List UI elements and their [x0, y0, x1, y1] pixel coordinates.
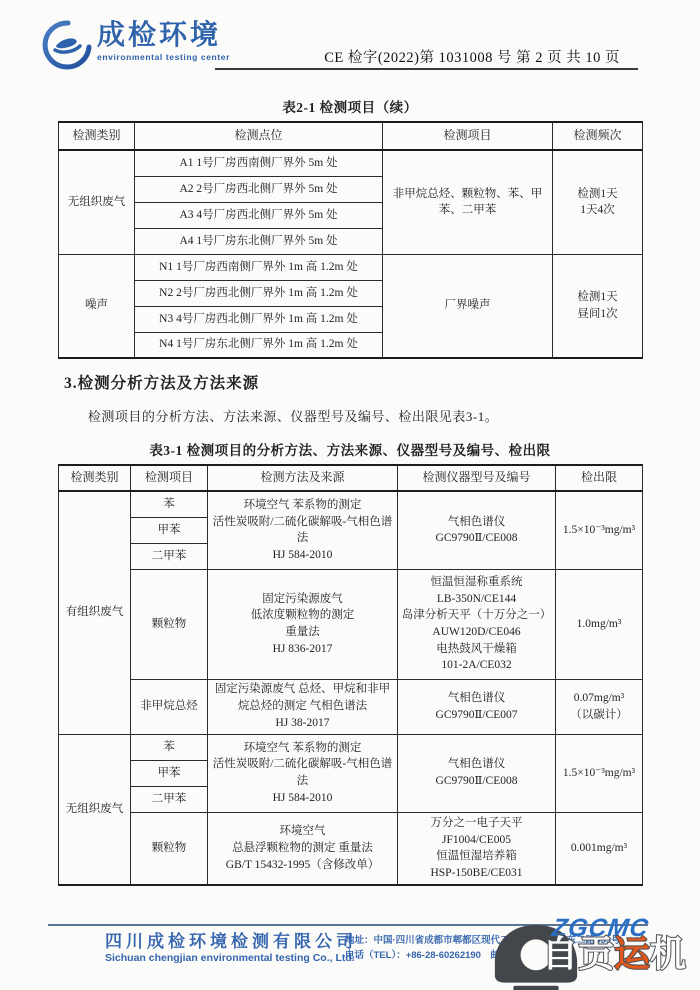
section3-heading: 3.检测分析方法及方法来源: [64, 371, 642, 393]
table21-title: 表2-1 检测项目（续）: [58, 96, 642, 116]
category-cell: 有组织废气: [59, 491, 131, 734]
method-cell: 环境空气 总悬浮颗粒物的测定 重量法 GB/T 15432-1995（含修改单）: [208, 812, 398, 885]
column-header: 检测方法及来源: [208, 465, 398, 491]
header-rule: [215, 68, 638, 70]
point-cell: N4 1号厂房东北侧厂界外 1m 高 1.2m 处: [135, 332, 383, 358]
method-cell: 环境空气 苯系物的测定 活性炭吸附/二硫化碳解吸-气相色谱法 HJ 584-20…: [208, 491, 398, 569]
frequency-cell: 检测1天 1天4次: [553, 150, 643, 254]
column-header: 检测仪器型号及编号: [398, 465, 556, 491]
instrument-cell: 万分之一电子天平 JF1004/CE005 恒温恒湿培养箱 HSP-150BE/…: [398, 812, 556, 885]
logo-text-en: environmental testing center: [97, 52, 230, 62]
item-cell: 颗粒物: [131, 812, 208, 885]
table-row: 无组织废气 A1 1号厂房西南侧厂界外 5m 处 非甲烷总烃、颗粒物、苯、甲苯、…: [59, 150, 643, 176]
instrument-cell: 气相色谱仪 GC9790Ⅱ/CE008: [398, 491, 556, 569]
column-header: 检测项目: [383, 122, 553, 150]
point-cell: N2 2号厂房西北侧厂界外 1m 高 1.2m 处: [135, 280, 383, 306]
column-header: 检测类别: [59, 122, 135, 150]
point-cell: N1 1号厂房西南侧厂界外 1m 高 1.2m 处: [135, 254, 383, 280]
document-number: CE 检字(2022)第 1031008 号 第 2 页 共 10 页: [324, 46, 620, 67]
table-row: 颗粒物 固定污染源废气 低浓度颗粒物的测定 重量法 HJ 836-2017 恒温…: [59, 569, 643, 679]
item-cell: 非甲烷总烃: [131, 679, 208, 734]
table-row: 有组织废气 苯 环境空气 苯系物的测定 活性炭吸附/二硫化碳解吸-气相色谱法 H…: [59, 491, 643, 517]
page-content: 表2-1 检测项目（续） 检测类别 检测点位 检测项目 检测频次 无组织废气 A…: [58, 96, 642, 886]
company-logo: 成检环境 environmental testing center: [42, 20, 230, 70]
instrument-cell: 气相色谱仪 GC9790Ⅱ/CE008: [398, 734, 556, 812]
logo-e-icon: [42, 20, 92, 70]
category-cell: 无组织废气: [59, 150, 135, 254]
watermark-name-text: 自贡运机: [542, 936, 686, 974]
column-header: 检测项目: [131, 465, 208, 491]
item-cell: 二甲苯: [131, 543, 208, 569]
frequency-cell: 检测1天 昼间1次: [553, 254, 643, 358]
point-cell: A2 2号厂房西北侧厂界外 5m 处: [135, 176, 383, 202]
item-cell: 甲苯: [131, 517, 208, 543]
item-cell: 非甲烷总烃、颗粒物、苯、甲苯、二甲苯: [383, 150, 553, 254]
column-header: 检测类别: [59, 465, 131, 491]
item-cell: 苯: [131, 491, 208, 517]
page-footer: 四川成检环境检测有限公司 Sichuan chengjian environme…: [0, 924, 700, 990]
table31: 检测类别 检测项目 检测方法及来源 检测仪器型号及编号 检出限 有组织废气 苯 …: [58, 464, 643, 886]
limit-cell: 1.0mg/m³: [556, 569, 643, 679]
column-header: 检测点位: [135, 122, 383, 150]
item-cell: 苯: [131, 734, 208, 760]
limit-cell: 1.5×10⁻³mg/m³: [556, 491, 643, 569]
method-cell: 固定污染源废气 总烃、甲烷和非甲烷总烃的测定 气相色谱法 HJ 38-2017: [208, 679, 398, 734]
table21: 检测类别 检测点位 检测项目 检测频次 无组织废气 A1 1号厂房西南侧厂界外 …: [58, 121, 643, 359]
table-row: 非甲烷总烃 固定污染源废气 总烃、甲烷和非甲烷总烃的测定 气相色谱法 HJ 38…: [59, 679, 643, 734]
limit-cell: 1.5×10⁻³mg/m³: [556, 734, 643, 812]
table-row: 无组织废气 苯 环境空气 苯系物的测定 活性炭吸附/二硫化碳解吸-气相色谱法 H…: [59, 734, 643, 760]
category-cell: 无组织废气: [59, 734, 131, 885]
table31-header-row: 检测类别 检测项目 检测方法及来源 检测仪器型号及编号 检出限: [59, 465, 643, 491]
method-cell: 固定污染源废气 低浓度颗粒物的测定 重量法 HJ 836-2017: [208, 569, 398, 679]
table-row: 噪声 N1 1号厂房西南侧厂界外 1m 高 1.2m 处 厂界噪声 检测1天 昼…: [59, 254, 643, 280]
column-header: 检出限: [556, 465, 643, 491]
footer-company: 四川成检环境检测有限公司 Sichuan chengjian environme…: [105, 932, 357, 964]
item-cell: 甲苯: [131, 760, 208, 786]
logo-text-cn: 成检环境: [97, 20, 230, 50]
company-name-en: Sichuan chengjian environmental testing …: [105, 952, 357, 964]
instrument-cell: 恒温恒湿称重系统 LB-350N/CE144 岛津分析天平（十万分之一） AUW…: [398, 569, 556, 679]
table-row: 颗粒物 环境空气 总悬浮颗粒物的测定 重量法 GB/T 15432-1995（含…: [59, 812, 643, 885]
page-header: 成检环境 environmental testing center CE 检字(…: [0, 0, 700, 96]
point-cell: N3 4号厂房西北侧厂界外 1m 高 1.2m 处: [135, 306, 383, 332]
limit-cell: 0.001mg/m³: [556, 812, 643, 885]
instrument-cell: 气相色谱仪 GC9790Ⅱ/CE007: [398, 679, 556, 734]
item-cell: 厂界噪声: [383, 254, 553, 358]
category-cell: 噪声: [59, 254, 135, 358]
table31-title: 表3-1 检测项目的分析方法、方法来源、仪器型号及编号、检出限: [58, 439, 642, 459]
point-cell: A3 4号厂房西北侧厂界外 5m 处: [135, 202, 383, 228]
limit-cell: 0.07mg/m³ （以碳计）: [556, 679, 643, 734]
section3-paragraph: 检测项目的分析方法、方法来源、仪器型号及编号、检出限见表3-1。: [58, 406, 642, 425]
method-cell: 环境空气 苯系物的测定 活性炭吸附/二硫化碳解吸-气相色谱法 HJ 584-20…: [208, 734, 398, 812]
point-cell: A4 1号厂房东北侧厂界外 5m 处: [135, 228, 383, 254]
item-cell: 二甲苯: [131, 786, 208, 812]
item-cell: 颗粒物: [131, 569, 208, 679]
company-name-cn: 四川成检环境检测有限公司: [105, 932, 357, 951]
column-header: 检测频次: [553, 122, 643, 150]
watermark-logo: ZGCMC 自贡运机: [480, 916, 700, 990]
table21-header-row: 检测类别 检测点位 检测项目 检测频次: [59, 122, 643, 150]
point-cell: A1 1号厂房西南侧厂界外 5m 处: [135, 150, 383, 176]
